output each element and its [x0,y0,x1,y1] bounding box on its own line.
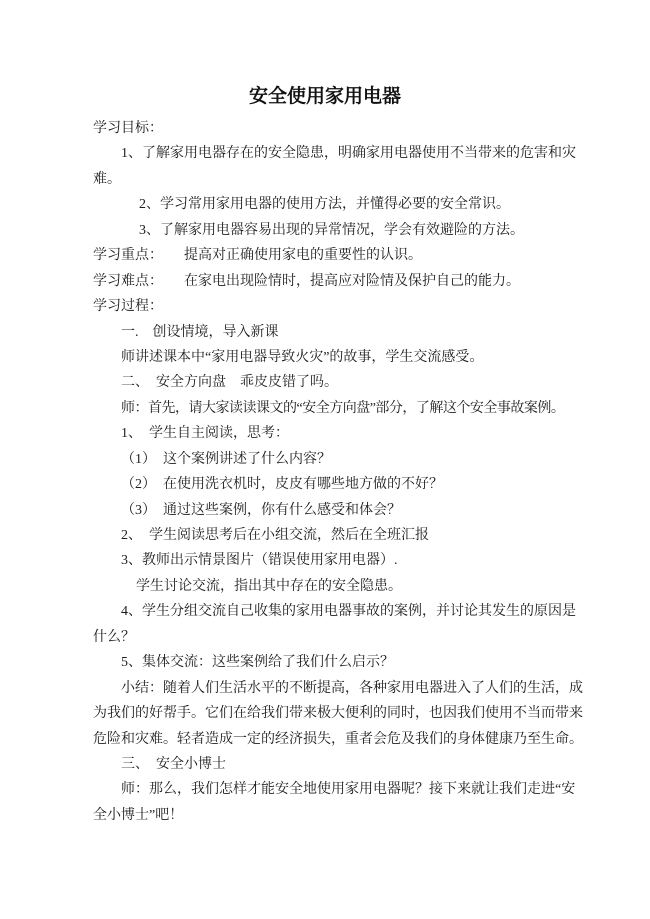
document-title: 安全使用家用电器 [0,82,650,112]
text-line: 2、学习常用家用电器的使用方法，并懂得必要的安全常识。 [93,192,580,217]
text-line: 学生讨论交流，指出其中存在的安全隐患。 [93,574,580,599]
text-line: （1） 这个案例讲述了什么内容？ [93,447,580,472]
text-line: 1、了解家用电器存在的安全隐患，明确家用电器使用不当带来的危害和灾 [93,141,580,166]
document-body: 学习目标：1、了解家用电器存在的安全隐患，明确家用电器使用不当带来的危害和灾难。… [93,116,580,828]
document-page: 安全使用家用电器 学习目标：1、了解家用电器存在的安全隐患，明确家用电器使用不当… [0,0,650,919]
text-line: 小结：随着人们生活水平的不断提高，各种家用电器进入了人们的生活，成 [93,676,580,701]
text-line: 什么？ [93,625,580,650]
text-line: 一. 创设情境，导入新课 [93,320,580,345]
text-line: 师：首先，请大家读读课文的“安全方向盘”部分，了解这个安全事故案例。 [93,396,580,421]
text-line: （3） 通过这些案例，你有什么感受和体会？ [93,498,580,523]
text-line: 1、 学生自主阅读，思考： [93,421,580,446]
text-line: 2、 学生阅读思考后在小组交流，然后在全班汇报 [93,523,580,548]
text-line: 危险和灾难。轻者造成一定的经济损失，重者会危及我们的身体健康乃至生命。 [93,727,580,752]
text-line: 师：那么，我们怎样才能安全地使用家用电器呢？接下来就让我们走进“安 [93,777,580,802]
text-line: 4、学生分组交流自己收集的家用电器事故的案例，并讨论其发生的原因是 [93,599,580,624]
text-line: 二、 安全方向盘 乖皮皮错了吗。 [93,370,580,395]
text-line: 学习目标： [93,116,580,141]
text-line: 3、了解家用电器容易出现的异常情况，学会有效避险的方法。 [93,218,580,243]
text-line: （2） 在使用洗衣机时，皮皮有哪些地方做的不好？ [93,472,580,497]
text-line: 三、 安全小博士 [93,752,580,777]
text-line: 学习难点： 在家电出现险情时，提高应对险情及保护自己的能力。 [93,269,580,294]
text-line: 3、教师出示情景图片（错误使用家用电器）. [93,548,580,573]
text-line: 全小博士”吧！ [93,803,580,828]
text-line: 难。 [93,167,580,192]
text-line: 为我们的好帮手。它们在给我们带来极大便利的同时，也因我们使用不当而带来 [93,701,580,726]
text-line: 5、集体交流：这些案例给了我们什么启示？ [93,650,580,675]
text-line: 师讲述课本中“家用电器导致火灾”的故事，学生交流感受。 [93,345,580,370]
text-line: 学习过程： [93,294,580,319]
text-line: 学习重点： 提高对正确使用家电的重要性的认识。 [93,243,580,268]
